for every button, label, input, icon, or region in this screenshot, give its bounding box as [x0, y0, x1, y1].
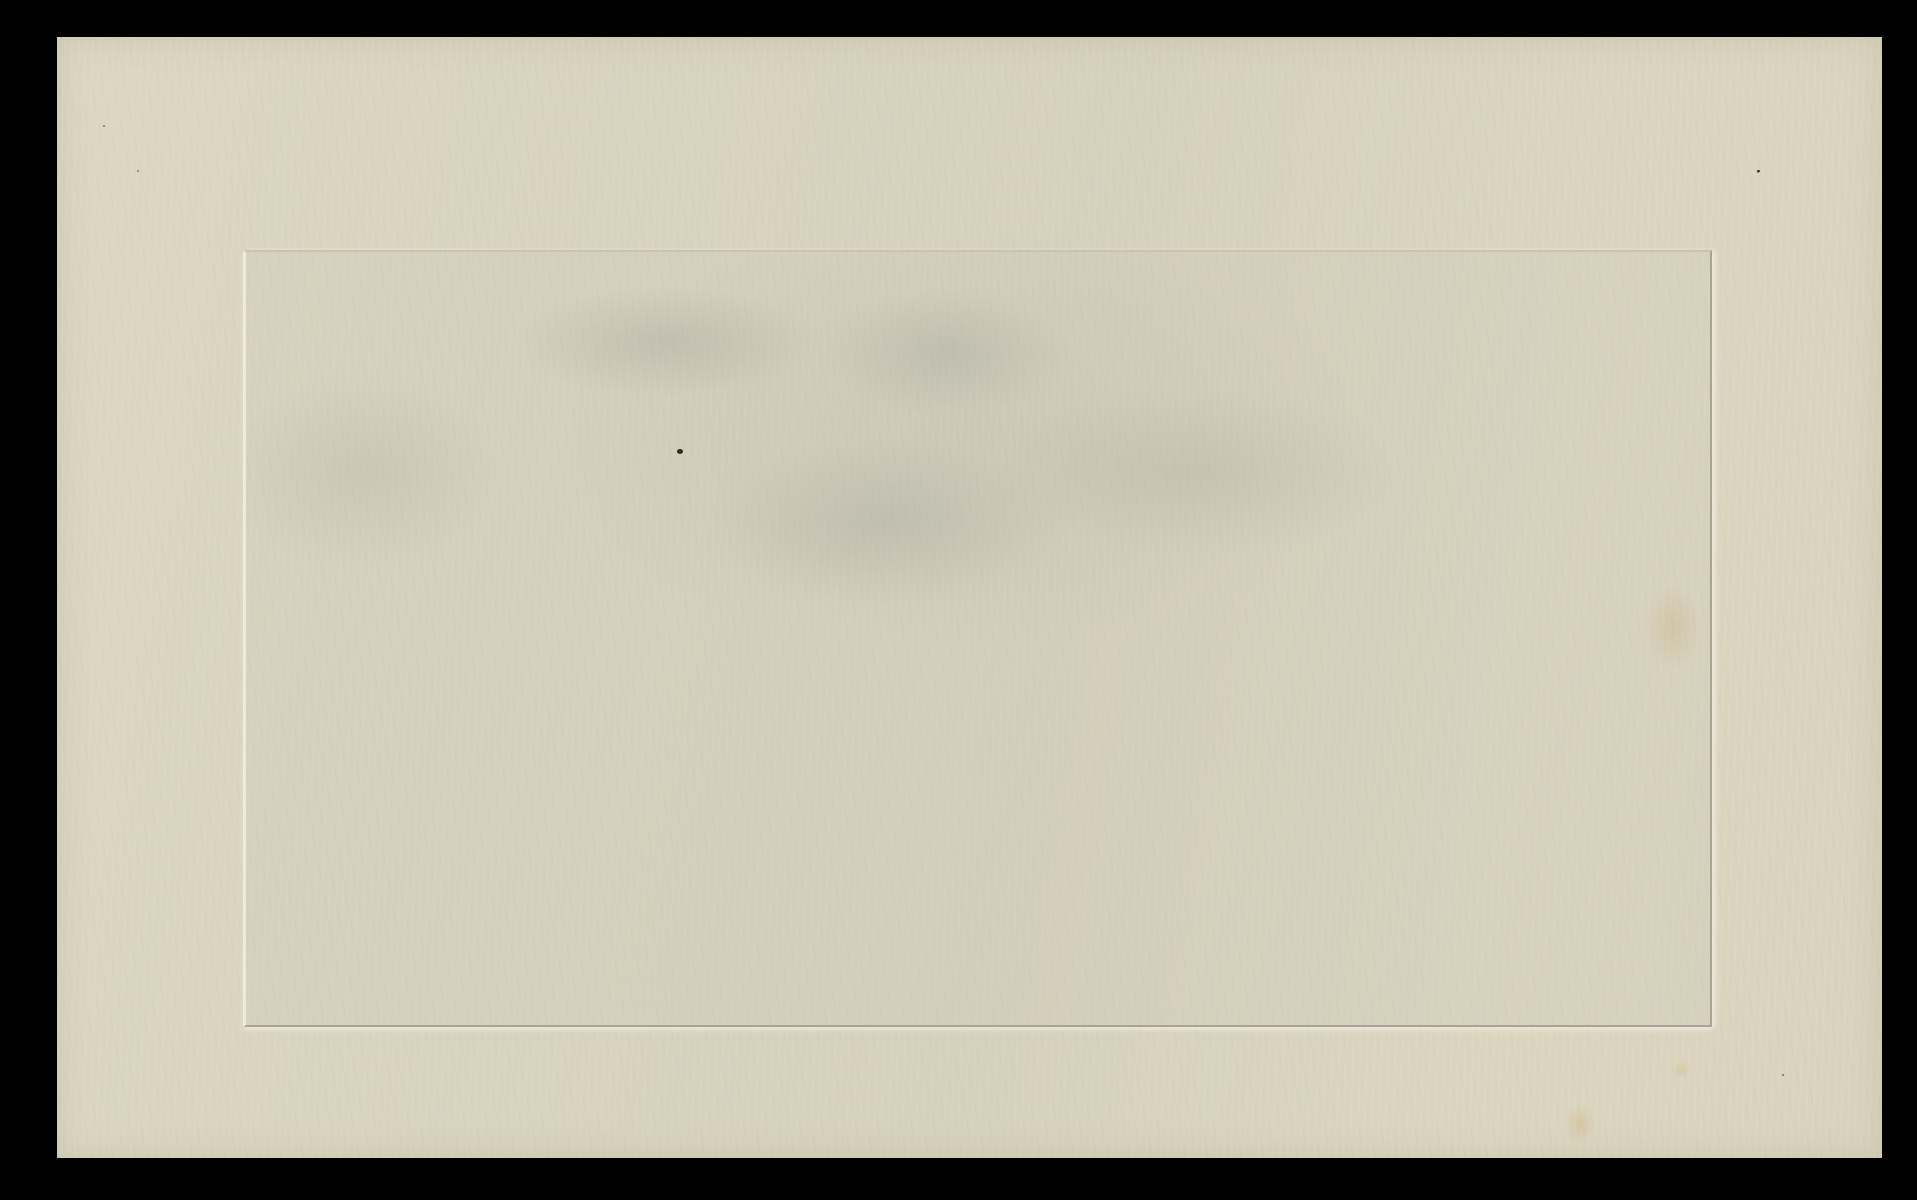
ink-speck: [137, 170, 139, 172]
paper-sheet: [57, 37, 1882, 1158]
ink-speck: [677, 449, 683, 454]
ink-speck: [1757, 171, 1759, 173]
ink-speck: [103, 125, 105, 127]
plate-mark: [243, 250, 1712, 1027]
ink-speck: [1782, 1074, 1784, 1076]
